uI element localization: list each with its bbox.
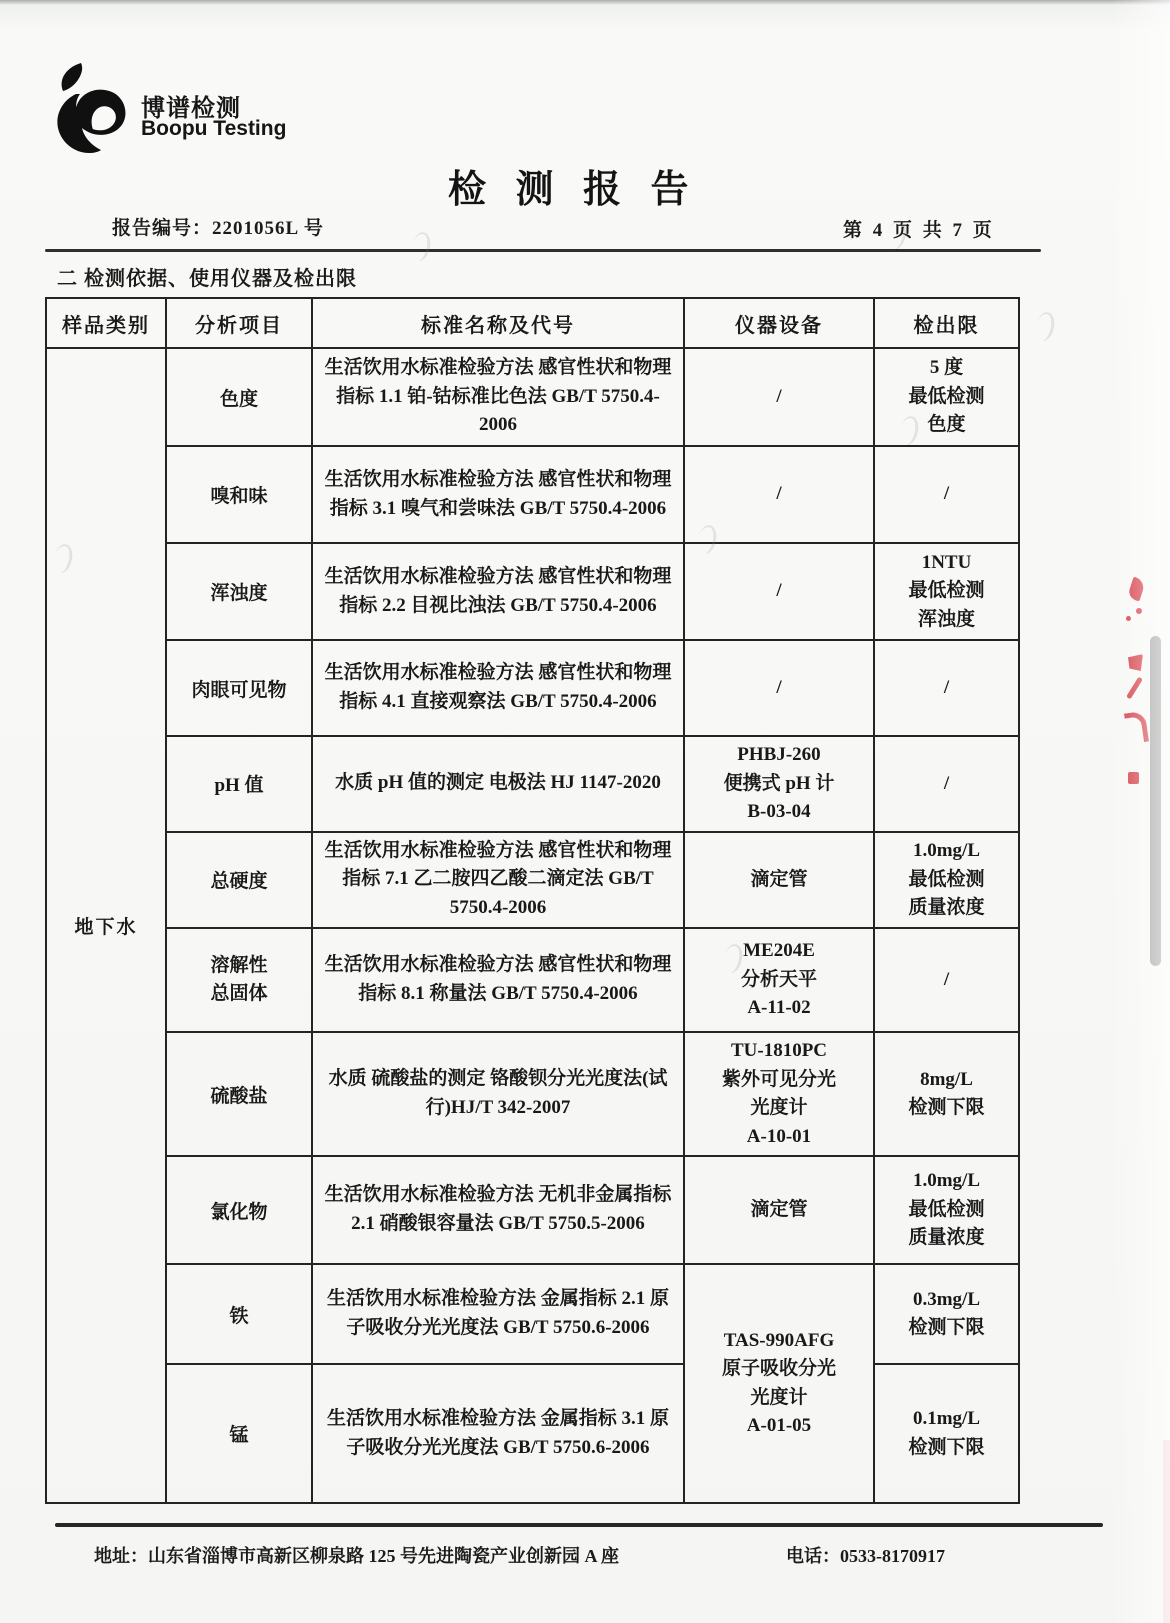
document-title: 检 测 报 告 (448, 158, 699, 213)
stamp-mark-icon (1136, 608, 1142, 614)
limit-cell: / (874, 736, 1019, 832)
stamp-mark-icon (1128, 654, 1143, 671)
footer-address: 地址：山东省淄博市高新区柳泉路 125 号先进陶瓷产业创新园 A 座 (94, 1542, 619, 1568)
item-cell: 氯化物 (166, 1156, 312, 1264)
limit-cell: 5 度 最低检测 色度 (874, 348, 1019, 446)
stamp-mark-icon (1126, 616, 1131, 621)
page-indicator: 第 4 页 共 7 页 (843, 215, 995, 242)
scan-smudge (409, 230, 433, 262)
standard-cell: 生活饮用水标准检验方法 感官性状和物理指标 2.2 目视比浊法 GB/T 575… (312, 543, 684, 640)
limit-cell: 0.1mg/L 检测下限 (874, 1364, 1019, 1503)
item-cell: 色度 (166, 348, 312, 446)
limit-cell: 1.0mg/L 最低检测 质量浓度 (874, 832, 1019, 929)
limit-cell: 8mg/L 检测下限 (874, 1032, 1019, 1156)
col-header-detection-limit: 检出限 (874, 298, 1019, 348)
table-row: 总硬度 生活饮用水标准检验方法 感官性状和物理指标 7.1 乙二胺四乙酸二滴定法… (46, 832, 1019, 929)
detection-basis-table: 样品类别 分析项目 标准名称及代号 仪器设备 检出限 地下水 色度 生活饮用水标… (45, 297, 1020, 1504)
standard-cell: 生活饮用水标准检验方法 感官性状和物理指标 4.1 直接观察法 GB/T 575… (312, 640, 684, 736)
instrument-cell: / (684, 348, 874, 446)
col-header-instrument: 仪器设备 (684, 298, 874, 348)
footer-phone: 电话：0533-8170917 (786, 1542, 945, 1568)
instrument-cell: PHBJ-260 便携式 pH 计 B-03-04 (684, 736, 874, 832)
stamp-mark-icon (1126, 676, 1143, 699)
red-stamp-fragment (1124, 572, 1152, 812)
vertical-scrollbar-thumb[interactable] (1150, 636, 1161, 966)
instrument-cell: ME204E 分析天平 A-11-02 (684, 928, 874, 1032)
scanned-report-page: 博谱检测 Boopu Testing 检 测 报 告 报告编号：2201056L… (0, 0, 1170, 1623)
limit-cell: 1NTU 最低检测 浑浊度 (874, 543, 1019, 640)
sample-category-cell: 地下水 (46, 348, 166, 1503)
standard-cell: 生活饮用水标准检验方法 金属指标 2.1 原子吸收分光光度法 GB/T 5750… (312, 1264, 684, 1364)
header-divider (45, 249, 1041, 252)
limit-cell: / (874, 928, 1019, 1032)
table-row: 地下水 色度 生活饮用水标准检验方法 感官性状和物理指标 1.1 铂-钴标准比色… (46, 348, 1019, 446)
table-row: 氯化物 生活饮用水标准检验方法 无机非金属指标 2.1 硝酸银容量法 GB/T … (46, 1156, 1019, 1264)
stamp-mark-icon (1127, 577, 1146, 602)
limit-cell: 1.0mg/L 最低检测 质量浓度 (874, 1156, 1019, 1264)
item-cell: 锰 (166, 1364, 312, 1503)
standard-cell: 生活饮用水标准检验方法 无机非金属指标 2.1 硝酸银容量法 GB/T 5750… (312, 1156, 684, 1264)
table-row: 肉眼可见物 生活饮用水标准检验方法 感官性状和物理指标 4.1 直接观察法 GB… (46, 640, 1019, 736)
stamp-mark-icon (1128, 772, 1139, 784)
standard-cell: 生活饮用水标准检验方法 金属指标 3.1 原子吸收分光光度法 GB/T 5750… (312, 1364, 684, 1503)
table-row: 锰 生活饮用水标准检验方法 金属指标 3.1 原子吸收分光光度法 GB/T 57… (46, 1364, 1019, 1503)
standard-cell: 水质 pH 值的测定 电极法 HJ 1147-2020 (312, 736, 684, 832)
section-heading: 二 检测依据、使用仪器及检出限 (57, 262, 357, 291)
instrument-cell-merged: TAS-990AFG 原子吸收分光 光度计 A-01-05 (684, 1264, 874, 1503)
table-row: pH 值 水质 pH 值的测定 电极法 HJ 1147-2020 PHBJ-26… (46, 736, 1019, 832)
instrument-cell: 滴定管 (684, 1156, 874, 1264)
instrument-cell: / (684, 543, 874, 640)
instrument-cell: TU-1810PC 紫外可见分光 光度计 A-10-01 (684, 1032, 874, 1156)
col-header-standard: 标准名称及代号 (312, 298, 684, 348)
table-row: 硫酸盐 水质 硫酸盐的测定 铬酸钡分光光度法(试行)HJ/T 342-2007 … (46, 1032, 1019, 1156)
item-cell: 总硬度 (166, 832, 312, 929)
item-cell: 硫酸盐 (166, 1032, 312, 1156)
limit-cell: / (874, 446, 1019, 543)
boopu-logo-icon (50, 60, 136, 160)
item-cell: 肉眼可见物 (166, 640, 312, 736)
standard-cell: 生活饮用水标准检验方法 感官性状和物理指标 8.1 称量法 GB/T 5750.… (312, 928, 684, 1032)
item-cell: pH 值 (166, 736, 312, 832)
standard-cell: 生活饮用水标准检验方法 感官性状和物理指标 1.1 铂-钴标准比色法 GB/T … (312, 348, 684, 446)
limit-cell: / (874, 640, 1019, 736)
table-row: 溶解性 总固体 生活饮用水标准检验方法 感官性状和物理指标 8.1 称量法 GB… (46, 928, 1019, 1032)
scan-smudge (1033, 310, 1057, 342)
brand-name-en: Boopu Testing (141, 117, 286, 141)
table-row: 嗅和味 生活饮用水标准检验方法 感官性状和物理指标 3.1 嗅气和尝味法 GB/… (46, 446, 1019, 543)
item-cell: 溶解性 总固体 (166, 928, 312, 1032)
col-header-sample-category: 样品类别 (46, 298, 166, 348)
footer-divider (55, 1523, 1103, 1527)
col-header-analysis-item: 分析项目 (166, 298, 312, 348)
report-number: 报告编号：2201056L 号 (112, 213, 324, 240)
page-edge-artifact (1163, 1440, 1170, 1623)
standard-cell: 水质 硫酸盐的测定 铬酸钡分光光度法(试行)HJ/T 342-2007 (312, 1032, 684, 1156)
stamp-mark-icon (1124, 711, 1149, 745)
standard-cell: 生活饮用水标准检验方法 感官性状和物理指标 7.1 乙二胺四乙酸二滴定法 GB/… (312, 832, 684, 929)
limit-cell: 0.3mg/L 检测下限 (874, 1264, 1019, 1364)
item-cell: 浑浊度 (166, 543, 312, 640)
table-row: 浑浊度 生活饮用水标准检验方法 感官性状和物理指标 2.2 目视比浊法 GB/T… (46, 543, 1019, 640)
instrument-cell: / (684, 640, 874, 736)
table-row: 铁 生活饮用水标准检验方法 金属指标 2.1 原子吸收分光光度法 GB/T 57… (46, 1264, 1019, 1364)
item-cell: 嗅和味 (166, 446, 312, 543)
standard-cell: 生活饮用水标准检验方法 感官性状和物理指标 3.1 嗅气和尝味法 GB/T 57… (312, 446, 684, 543)
table-header-row: 样品类别 分析项目 标准名称及代号 仪器设备 检出限 (46, 298, 1019, 348)
instrument-cell: 滴定管 (684, 832, 874, 929)
item-cell: 铁 (166, 1264, 312, 1364)
